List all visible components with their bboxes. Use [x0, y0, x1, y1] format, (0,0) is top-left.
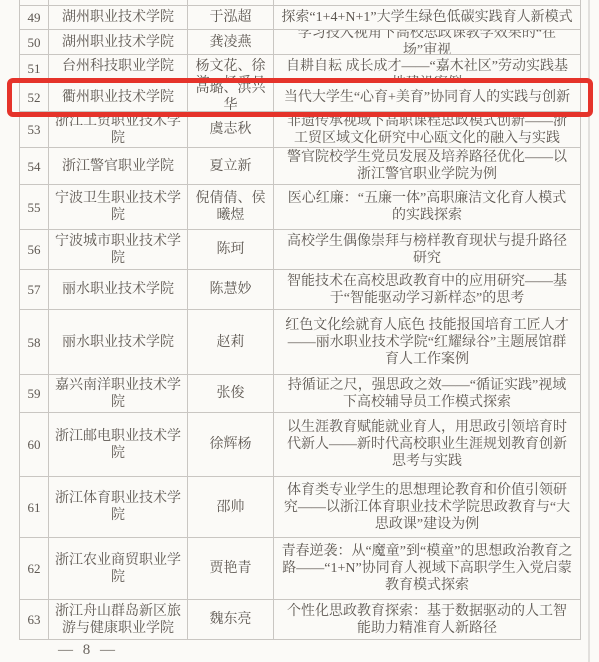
table-row-50: 50 湖州职业技术学院 龚凌燕 学习投入视角下高校思政课教学效果的“在场”审视: [20, 30, 580, 55]
project-title-cell: [274, 0, 580, 5]
names-cell: [188, 0, 274, 5]
school-cell: 浙江邮电职业技术学院: [49, 413, 188, 476]
school-cell: 嘉兴南洋职业技术学院: [49, 375, 188, 412]
project-title-cell: 非遗传承视域下高职课程思政模式创新——浙工贸区域文化研究中心瓯文化的融入与实践: [274, 112, 580, 147]
school-cell: 湖州职业技术学院: [49, 6, 188, 29]
row-number-cell: 57: [20, 270, 49, 309]
row-number-cell: 60: [20, 413, 49, 476]
project-title-cell: 警官院校学生党员发展及培养路径优化——以浙江警官职业学院为例: [274, 148, 580, 184]
table-row-54: 54 浙江警官职业学院 夏立新 警官院校学生党员发展及培养路径优化——以浙江警官…: [20, 148, 580, 185]
names-cell: 夏立新: [188, 148, 274, 184]
names-cell: 邵帅: [188, 477, 274, 537]
row-number-cell: 62: [20, 538, 49, 599]
red-highlight-box: [7, 78, 593, 117]
school-cell: 浙江农业商贸职业学院: [49, 538, 188, 599]
school-cell: 湖州职业技术学院: [49, 30, 188, 54]
names-cell: 虞志秋: [188, 112, 274, 147]
row-number-cell: 61: [20, 477, 49, 537]
names-cell: 贾艳青: [188, 538, 274, 599]
page-number: — 8 —: [58, 642, 118, 659]
project-title-cell: 持循证之尺，强思政之效——“循证实践”视域下高校辅导员工作模式探索: [274, 375, 580, 412]
project-title-cell: 体育类专业学生的思想理论教育和价值引领研究——以浙江体育职业技术学院思政教育与“…: [274, 477, 580, 537]
names-cell: 张俊: [188, 375, 274, 412]
row-number-cell: 50: [20, 30, 49, 54]
project-title-cell: 个性化思政教育探索：基于数据驱动的人工智能助力精准育人新路径: [274, 600, 580, 639]
names-cell: 陈慧妙: [188, 270, 274, 309]
school-cell: 浙江舟山群岛新区旅游与健康职业学院: [49, 600, 188, 639]
table-row-58: 58 丽水职业技术学院 赵莉 红色文化绘就育人底色 技能报国培育工匠人才——丽水…: [20, 310, 580, 375]
table-row-56: 56 宁波城市职业技术学院 陈珂 高校学生偶像崇拜与榜样教育现状与提升路径研究: [20, 230, 580, 270]
project-title-cell: 智能技术在高校思政教育中的应用研究——基于“智能驱动学习新样态”的思考: [274, 270, 580, 309]
table-row-63: 63 浙江舟山群岛新区旅游与健康职业学院 魏东亮 个性化思政教育探索：基于数据驱…: [20, 600, 580, 640]
project-title-cell: 医心红廉：“五廉一体”高职廉洁文化育人模式的实践探索: [274, 185, 580, 229]
row-number-cell: 56: [20, 230, 49, 269]
row-number-cell: 58: [20, 310, 49, 374]
school-cell: 浙江警官职业学院: [49, 148, 188, 184]
names-cell: 倪倩倩、侯曦煜: [188, 185, 274, 229]
row-number-cell: 63: [20, 600, 49, 639]
project-title-cell: 青春逆袭：从“魔童”到“模童”的思想政治教育之路——“1+N”协同育人视域下高职…: [274, 538, 580, 599]
row-number-cell: 54: [20, 148, 49, 184]
project-title-cell: 探索“1+4+N+1”大学生绿色低碳实践育人新模式: [274, 6, 580, 29]
table-row-62: 62 浙江农业商贸职业学院 贾艳青 青春逆袭：从“魔童”到“模童”的思想政治教育…: [20, 538, 580, 600]
table-row-53: 53 浙江工贸职业技术学院 虞志秋 非遗传承视域下高职课程思政模式创新——浙工贸…: [20, 112, 580, 148]
table-row-60: 60 浙江邮电职业技术学院 徐辉杨 以生涯教育赋能就业育人，用思政引领培育时代新…: [20, 413, 580, 477]
names-cell: 龚凌燕: [188, 30, 274, 54]
project-title-cell: 学习投入视角下高校思政课教学效果的“在场”审视: [274, 30, 580, 54]
names-cell: 魏东亮: [188, 600, 274, 639]
school-cell: 浙江体育职业技术学院: [49, 477, 188, 537]
school-cell: 丽水职业技术学院: [49, 270, 188, 309]
names-cell: 徐辉杨: [188, 413, 274, 476]
school-cell: 宁波城市职业技术学院: [49, 230, 188, 269]
names-cell: 赵莉: [188, 310, 274, 374]
row-number-cell: 49: [20, 6, 49, 29]
names-cell: 陈珂: [188, 230, 274, 269]
row-number-cell: 53: [20, 112, 49, 147]
project-title-cell: 以生涯教育赋能就业育人，用思政引领培育时代新人——新时代高校职业生涯规划教育创新…: [274, 413, 580, 476]
project-title-cell: 高校学生偶像崇拜与榜样教育现状与提升路径研究: [274, 230, 580, 269]
school-cell: 学院: [49, 0, 188, 5]
row-number-cell: 55: [20, 185, 49, 229]
school-cell: 浙江工贸职业技术学院: [49, 112, 188, 147]
table-row-49: 49 湖州职业技术学院 于泓超 探索“1+4+N+1”大学生绿色低碳实践育人新模…: [20, 6, 580, 30]
table-row-59: 59 嘉兴南洋职业技术学院 张俊 持循证之尺，强思政之效——“循证实践”视域下高…: [20, 375, 580, 413]
school-cell: 宁波卫生职业技术学院: [49, 185, 188, 229]
names-cell: 于泓超: [188, 6, 274, 29]
table-row-61: 61 浙江体育职业技术学院 邵帅 体育类专业学生的思想理论教育和价值引领研究——…: [20, 477, 580, 538]
table-row-57: 57 丽水职业技术学院 陈慧妙 智能技术在高校思政教育中的应用研究——基于“智能…: [20, 270, 580, 310]
school-cell: 丽水职业技术学院: [49, 310, 188, 374]
project-title-cell: 红色文化绘就育人底色 技能报国培育工匠人才——丽水职业技术学院“红耀绿谷”主题展…: [274, 310, 580, 374]
table-row-55: 55 宁波卫生职业技术学院 倪倩倩、侯曦煜 医心红廉：“五廉一体”高职廉洁文化育…: [20, 185, 580, 230]
row-number-cell: 59: [20, 375, 49, 412]
row-number-cell: [20, 0, 49, 5]
